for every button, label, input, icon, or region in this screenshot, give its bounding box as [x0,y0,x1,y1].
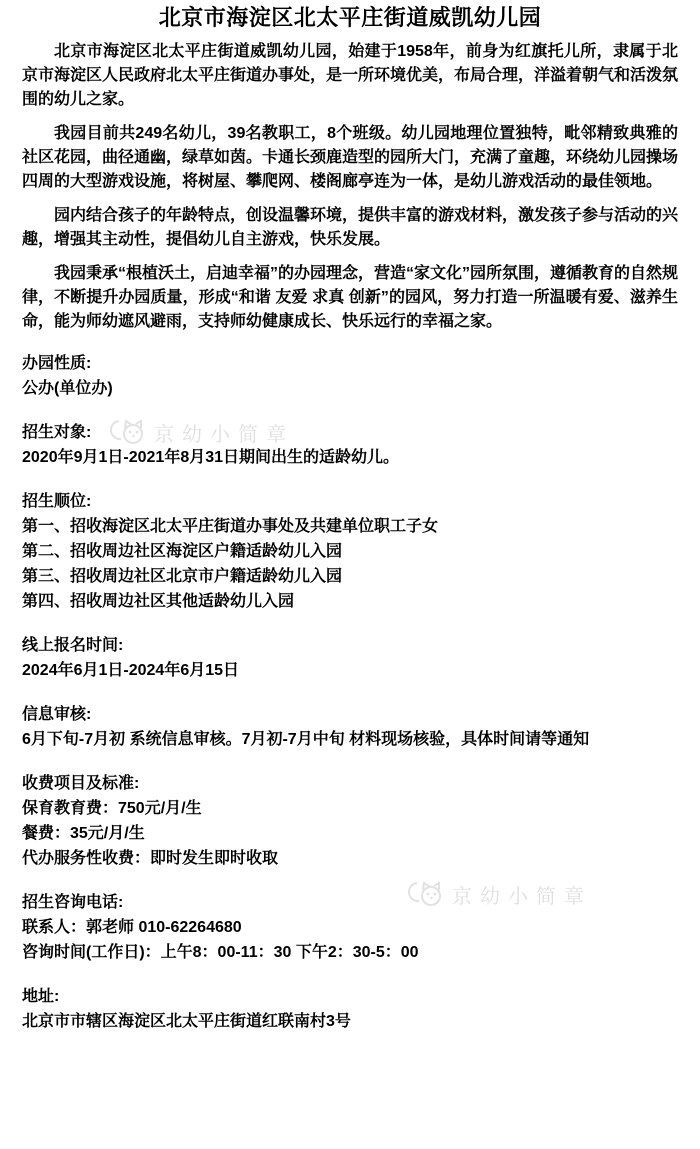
section-line: 2020年9月1日-2021年8月31日期间出生的适龄幼儿。 [22,445,678,470]
contact-hours: 咨询时间(工作日)：上午8：00-11：30 下午2：30-5：00 [22,940,678,965]
section-enrollment-priority: 招生顺位: 第一、招收海淀区北太平庄街道办事处及共建单位职工子女 第二、招收周边… [22,489,678,614]
priority-item-4: 第四、招收周边社区其他适龄幼儿入园 [22,589,678,614]
section-line: 公办(单位办) [22,376,678,401]
section-online-registration-time: 线上报名时间: 2024年6月1日-2024年6月15日 [22,633,678,683]
fee-item-agency: 代办服务性收费：即时发生即时收取 [22,846,678,871]
priority-item-3: 第三、招收周边社区北京市户籍适龄幼儿入园 [22,564,678,589]
section-label: 招生顺位: [22,489,678,514]
intro-paragraph-3: 园内结合孩子的年龄特点，创设温馨环境，提供丰富的游戏材料，激发孩子参与活动的兴趣… [22,204,678,252]
section-label: 招生对象: [22,420,678,445]
section-line: 2024年6月1日-2024年6月15日 [22,658,678,683]
section-info-review: 信息审核: 6月下旬-7月初 系统信息审核。7月初-7月中旬 材料现场核验，具体… [22,702,678,752]
page-title: 北京市海淀区北太平庄街道威凯幼儿园 [22,5,678,31]
intro-paragraph-1: 北京市海淀区北太平庄街道威凯幼儿园，始建于1958年，前身为红旗托儿所，隶属于北… [22,40,678,112]
intro-paragraph-2: 我园目前共249名幼儿，39名教职工，8个班级。幼儿园地理位置独特，毗邻精致典雅… [22,122,678,194]
section-fees: 收费项目及标准: 保育教育费：750元/月/生 餐费：35元/月/生 代办服务性… [22,771,678,871]
priority-item-1: 第一、招收海淀区北太平庄街道办事处及共建单位职工子女 [22,514,678,539]
section-label: 招生咨询电话: [22,890,678,915]
address-line: 北京市市辖区海淀区北太平庄街道红联南村3号 [22,1009,678,1034]
contact-person: 联系人：郭老师 010-62264680 [22,915,678,940]
fee-item-education: 保育教育费：750元/月/生 [22,796,678,821]
fee-item-meal: 餐费：35元/月/生 [22,821,678,846]
section-school-type: 办园性质: 公办(单位办) [22,351,678,401]
intro-paragraph-4: 我园秉承“根植沃土，启迪幸福”的办园理念，营造“家文化”园所氛围，遵循教育的自然… [22,262,678,334]
section-label: 地址: [22,984,678,1009]
document-page: 北京市海淀区北太平庄街道威凯幼儿园 北京市海淀区北太平庄街道威凯幼儿园，始建于1… [0,0,700,1034]
section-contact: 招生咨询电话: 联系人：郭老师 010-62264680 咨询时间(工作日)：上… [22,890,678,965]
section-address: 地址: 北京市市辖区海淀区北太平庄街道红联南村3号 [22,984,678,1034]
section-label: 收费项目及标准: [22,771,678,796]
section-enrollment-target: 招生对象: 2020年9月1日-2021年8月31日期间出生的适龄幼儿。 [22,420,678,470]
section-label: 线上报名时间: [22,633,678,658]
section-label: 信息审核: [22,702,678,727]
priority-item-2: 第二、招收周边社区海淀区户籍适龄幼儿入园 [22,539,678,564]
section-label: 办园性质: [22,351,678,376]
section-line: 6月下旬-7月初 系统信息审核。7月初-7月中旬 材料现场核验，具体时间请等通知 [22,727,678,752]
